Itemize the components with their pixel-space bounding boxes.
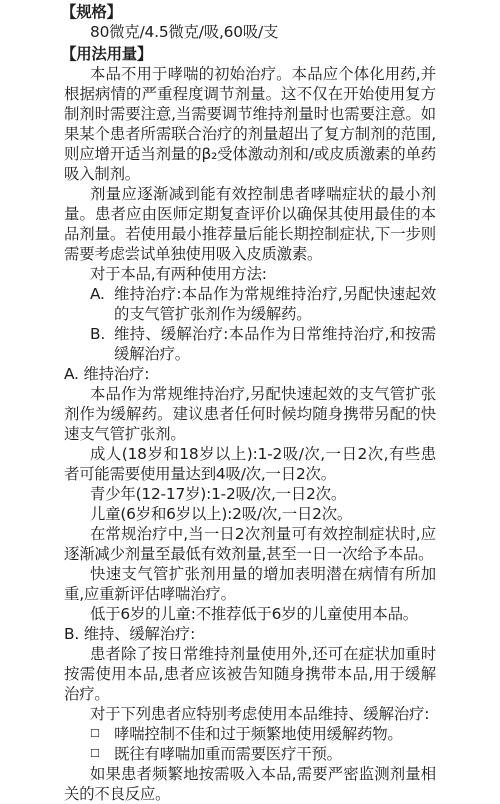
usage-methods-intro: 对于本品,有两种使用方法: xyxy=(64,264,436,284)
method-b-marker: B. xyxy=(90,324,114,364)
section-a-adult-dose: 成人(18岁和18岁以上):1-2吸/次,一日2次,有些患者可能需要使用量达到4… xyxy=(64,444,436,484)
method-a: A. 维持治疗:本品作为常规维持治疗,另配快速起效的支气管扩张剂作为缓解药。 xyxy=(64,284,436,324)
usage-paragraph-1: 本品不用于哮喘的初始治疗。本品应个体化用药,并根据病情的严重程度调节剂量。这不仅… xyxy=(64,64,436,184)
spec-value: 80微克/4.5微克/吸,60吸/支 xyxy=(64,22,436,42)
spec-heading: 【规格】 xyxy=(61,2,436,22)
package-insert-document: 【规格】 80微克/4.5微克/吸,60吸/支 【用法用量】 本品不用于哮喘的初… xyxy=(64,2,436,577)
usage-paragraph-2: 剂量应逐渐减到能有效控制患者哮喘症状的最小剂量。患者应由医师定期复查评价以确保其… xyxy=(64,184,436,264)
method-b-text: 维持、缓解治疗:本品作为日常维持治疗,和按需缓解治疗。 xyxy=(114,324,436,364)
method-b: B. 维持、缓解治疗:本品作为日常维持治疗,和按需缓解治疗。 xyxy=(64,324,436,364)
section-a-reduce: 在常规治疗中,当一日2次剂量可有效控制症状时,应逐渐减少剂量至最低有效剂量,甚至… xyxy=(64,524,436,564)
method-a-text: 维持治疗:本品作为常规维持治疗,另配快速起效的支气管扩张剂作为缓解药。 xyxy=(114,284,436,324)
method-a-marker: A. xyxy=(90,284,114,324)
section-a-teen-dose: 青少年(12-17岁):1-2吸/次,一日2次。 xyxy=(64,484,436,504)
section-a-intro: 本品作为常规维持治疗,另配快速起效的支气管扩张剂作为缓解药。建议患者任何时候均随… xyxy=(64,384,436,444)
section-a-title: A. 维持治疗: xyxy=(64,364,436,384)
section-a-reassess: 快速支气管扩张剂用量的增加表明潜在病情有所加重,应重新评估哮喘治疗。 xyxy=(64,564,436,577)
section-a-child-dose: 儿童(6岁和6岁以上):2吸/次,一日2次。 xyxy=(64,504,436,524)
usage-heading: 【用法用量】 xyxy=(61,44,436,64)
